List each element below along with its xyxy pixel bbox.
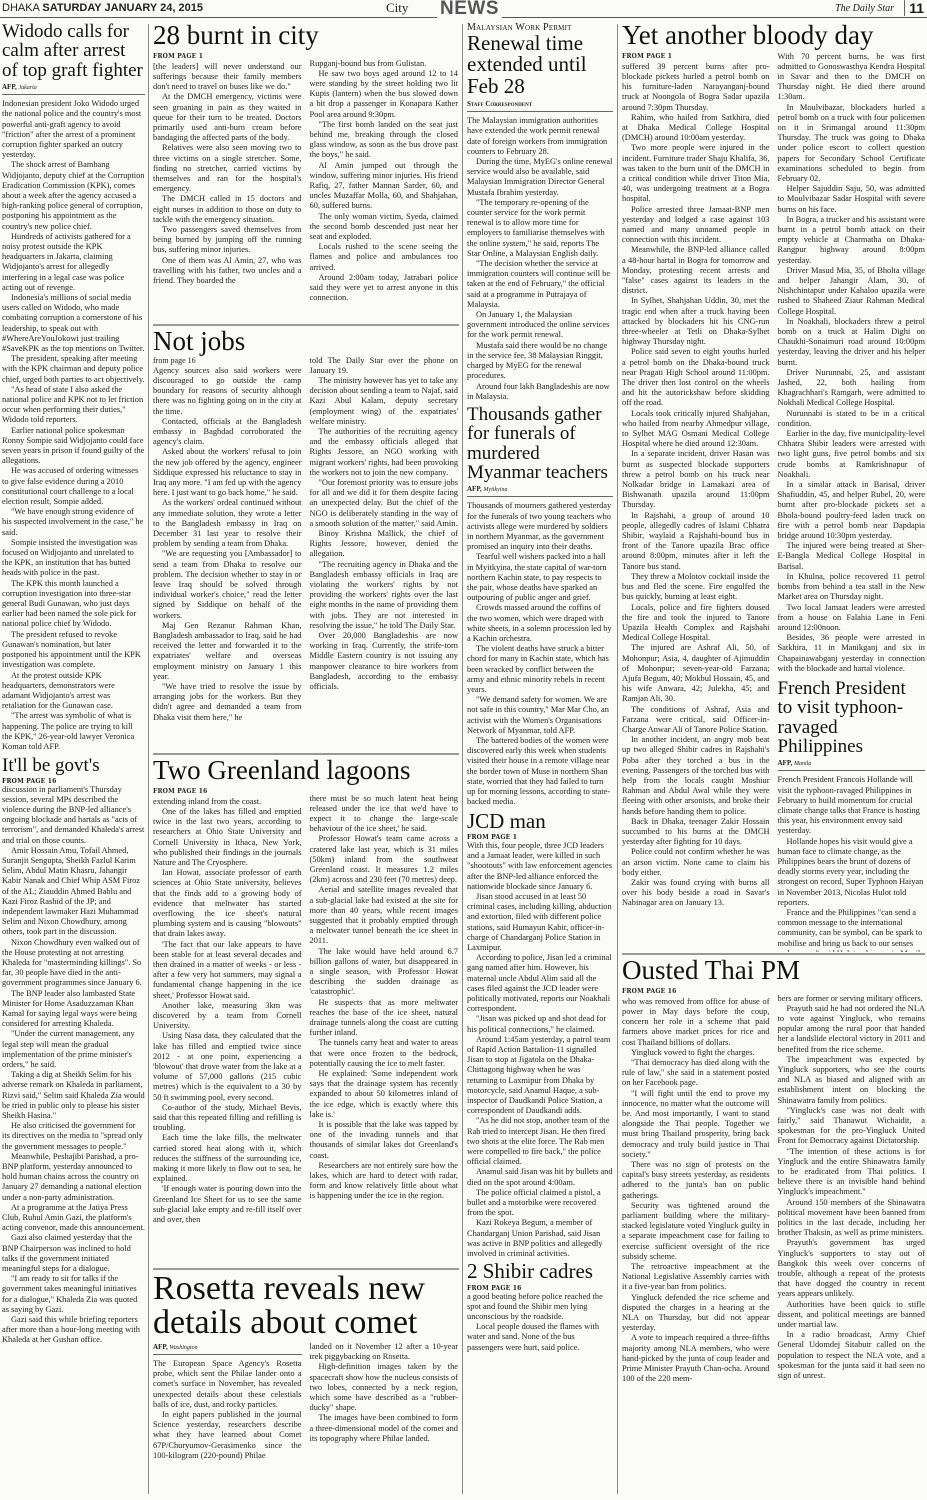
headline: Not jobs xyxy=(153,328,458,356)
paragraph: Hollande hopes his visit would give a hu… xyxy=(778,837,926,908)
paragraph: He was accused of ordering witnesses to … xyxy=(2,466,145,507)
article-body: Thousands of mourners gathered yesterday… xyxy=(467,501,613,807)
paragraph: Driver Nurunnabi, 25, and assistant Jash… xyxy=(778,368,926,409)
paragraph: Hundreds of activists gathered for a noi… xyxy=(2,232,145,293)
headline: 2 Shibir cadres xyxy=(467,1261,613,1282)
article-body-col1: AFP, Washington The European Space Agenc… xyxy=(153,1340,302,1461)
article-rosetta: Rosetta reveals new details about comet … xyxy=(153,1272,458,1500)
article-body-col2: Rupganj-bound bus from Gulistan. He saw … xyxy=(310,50,459,304)
paragraph: Maj Gen Rezanur Rahman Khan, Bangladesh … xyxy=(153,621,302,682)
byline: AFP, Myitkyina xyxy=(467,485,613,497)
paragraph: In Moulvibazar, blockaders hurled a petr… xyxy=(778,103,926,185)
paragraph: landed on it November 12 after a 10-year… xyxy=(310,1342,459,1362)
paragraph: Agency sources also said workers were di… xyxy=(153,366,302,417)
paragraph: Earlier national police spokesman Ronny … xyxy=(2,426,145,467)
paragraph: "I will fight until the end to prove my … xyxy=(622,1089,770,1160)
paragraph: Asked about the workers' refusal to join… xyxy=(153,447,302,498)
article-body: Indonesian president Joko Widodo urged t… xyxy=(2,99,145,752)
headline: 28 burnt in city xyxy=(153,22,458,50)
headline: Rosetta reveals new details about comet xyxy=(153,1272,458,1340)
article-bloody-day: Yet another bloody day FROM PAGE 1 suffe… xyxy=(622,22,925,952)
column-4: Malaysian Work Permit Renewal time exten… xyxy=(467,22,613,1500)
paragraph: "I am ready to sit for talks if the gove… xyxy=(2,1274,145,1315)
paragraph: At the protest outside KPK headquarters,… xyxy=(2,671,145,712)
from-page: FROM PAGE 1 xyxy=(467,834,613,841)
paragraph: "We have enough strong evidence of his s… xyxy=(2,507,145,538)
paragraph: He explained: 'Some independent work say… xyxy=(310,1069,459,1120)
paragraph: One of the lakes has filled and emptied … xyxy=(153,807,302,868)
paragraph: In eight papers published in the journal… xyxy=(153,1410,302,1461)
headline: Ousted Thai PM xyxy=(622,957,925,985)
paragraph: The president, speaking after meeting wi… xyxy=(2,354,145,385)
paragraph: Nixon Chowdhury even walked out of the H… xyxy=(2,938,145,989)
from-page: FROM PAGE 16 xyxy=(467,1285,613,1292)
article-greenland: Two Greenland lagoons FROM PAGE 16 exten… xyxy=(153,757,458,1267)
paragraph: Police said seven to eight youths hurled… xyxy=(622,347,770,408)
paragraph: With this, four people, three JCD leader… xyxy=(467,841,613,892)
paragraph: Mustafa said there would be no change in… xyxy=(467,341,613,382)
paragraph: Two passengers saved themselves from bei… xyxy=(153,225,302,256)
paragraph: Gazi also claimed yesterday that the BNP… xyxy=(2,1233,145,1274)
paragraph: Besides, 36 people were arrested in Satk… xyxy=(778,633,926,674)
paragraph: The DMCH called in 15 doctors and eight … xyxy=(153,194,302,225)
byline: AFP, Manila xyxy=(778,759,926,771)
headline: Widodo calls for calm after arrest of to… xyxy=(2,22,145,80)
paragraph: As the workers' ordeal continued without… xyxy=(153,498,302,549)
paragraph: there must be so much latent heat being … xyxy=(310,794,459,835)
paragraph: Two more people were injured in the inci… xyxy=(622,143,770,204)
city-label: DHAKA xyxy=(2,2,39,14)
paragraph: Gazi said this while briefing reporters … xyxy=(2,1315,145,1346)
paragraph: The police official claimed a pistol, a … xyxy=(467,1188,613,1219)
paragraph: Nurunnabi is stated to be in a critical … xyxy=(778,409,926,429)
headline: It'll be govt's xyxy=(2,756,145,775)
byline: AFP, Jakarta xyxy=(2,83,145,95)
section-title: NEWS xyxy=(437,0,502,20)
paragraph: The Malaysian immigration authorities ha… xyxy=(467,116,613,157)
paragraph: Al Amin jumped out through the window, s… xyxy=(310,161,459,212)
paragraph: Indonesia's millions of social media use… xyxy=(2,293,145,354)
column-rule xyxy=(617,24,618,1494)
paragraph: The impeachment was expected by Yingluck… xyxy=(778,1055,926,1106)
paragraph: suffered 39 percent burns after pro-bloc… xyxy=(622,62,770,113)
paragraph: a good beating before police reached the… xyxy=(467,1292,613,1323)
paragraph: Each time the lake fills, the meltwater … xyxy=(153,1133,302,1184)
article-shibir: 2 Shibir cadres FROM PAGE 16 a good beat… xyxy=(467,1261,613,1353)
paragraph: Amir Hossain Amu, Tofail Ahmed, Suranjit… xyxy=(2,846,145,938)
paragraph: The violent deaths have struck a bitter … xyxy=(467,644,613,695)
paragraph: Jisan stood accused in at least 50 crimi… xyxy=(467,892,613,953)
paragraph: Around 1:45am yesterday, a patrol team o… xyxy=(467,1035,613,1117)
article-body-col2: landed on it November 12 after a 10-year… xyxy=(310,1340,459,1461)
paragraph: Contacted, officials at the Bangladesh e… xyxy=(153,417,302,448)
paragraph: Around four lakh Bangladeshis are now in… xyxy=(467,382,613,402)
paragraph: The injured are Ashraf Ali, 50, of Mohon… xyxy=(622,643,770,704)
from-page: FROM PAGE 1 xyxy=(622,52,770,62)
paragraph: In a separate incident, driver Hasan was… xyxy=(622,449,770,510)
paragraph: Police could not confirm whether he was … xyxy=(622,847,770,878)
paragraph: Ian Howat, associate professor of earth … xyxy=(153,868,302,939)
paragraph: Prayuth said he had not ordered the NLA … xyxy=(778,1004,926,1055)
paragraph: "The temporary re-opening of the counter… xyxy=(467,198,613,259)
article-body-col2: told The Daily Star over the phone on Ja… xyxy=(310,356,459,723)
headline: French President to visit typhoon-ravage… xyxy=(778,679,926,757)
paragraph: "The arrest was symbolic of what is happ… xyxy=(2,711,145,752)
paragraph: France and the Philippines "can send a c… xyxy=(778,908,926,952)
paragraph: Prayuth's government has urged Yingluck'… xyxy=(778,1238,926,1299)
paragraph: Locals, police and fire fighters doused … xyxy=(622,603,770,644)
paragraph: Zakir was found crying with burns all ov… xyxy=(622,878,770,909)
paragraph: The president refused to revoke Gunawan'… xyxy=(2,630,145,671)
paragraph: 'If enough water is pouring down into th… xyxy=(153,1184,302,1225)
paragraph: "Our foremost priority was to ensure job… xyxy=(310,478,459,529)
paragraph: The only woman victim, Syeda, claimed th… xyxy=(310,212,459,243)
paragraph: Around 2:00am today, Jatrabari police sa… xyxy=(310,273,459,304)
article-body-col2: bers are former or serving military offi… xyxy=(778,985,926,1385)
byline: Staff Correspondent xyxy=(467,100,613,112)
paragraph: Indonesian president Joko Widodo urged t… xyxy=(2,99,145,160)
paragraph: Driver Masud Mia, 35, of Bholta village … xyxy=(778,266,926,317)
paragraph: Authorities have been quick to stifle di… xyxy=(778,1300,926,1331)
article-burnt: 28 burnt in city FROM PAGE 1 [the leader… xyxy=(153,22,458,327)
paragraph: Using Nasa data, they calculated that th… xyxy=(153,1031,302,1102)
paragraph: 'The fact that our lake appears to have … xyxy=(153,940,302,1001)
paragraph: High-definition images taken by the spac… xyxy=(310,1362,459,1413)
from-page: FROM PAGE 1 xyxy=(153,52,302,62)
paragraph: told The Daily Star over the phone on Ja… xyxy=(310,356,459,376)
byline-agency: AFP, xyxy=(778,759,793,767)
paragraph: The ministry however has yet to take any… xyxy=(310,376,459,427)
article-body-col1: FROM PAGE 16 extending inland from the c… xyxy=(153,785,302,1226)
brand-logo: The Daily Star xyxy=(832,3,894,14)
headline: JCD man xyxy=(467,811,613,832)
page-number: 11 xyxy=(904,0,924,16)
paragraph: The conditions of Ashraf, Asia and Farza… xyxy=(622,705,770,736)
paragraph: Security was tightened around the parlia… xyxy=(622,1201,770,1262)
article-body-col1: FROM PAGE 1 suffered 39 percent burns af… xyxy=(622,50,770,952)
paragraph: There was no sign of protests on the cap… xyxy=(622,1160,770,1201)
paragraph: Local people doused the flames with wate… xyxy=(467,1322,613,1353)
paragraph: The lake would have held around 6.7 bill… xyxy=(310,947,459,998)
paragraph: It is possible that the lake was tapped … xyxy=(310,1120,459,1161)
paragraph: During the time, MyEG's online renewal s… xyxy=(467,157,613,198)
paragraph: Locals rushed to the scene seeing the fl… xyxy=(310,242,459,273)
paragraph: Meanwhile, Peshajibi Parishad, a pro-BNP… xyxy=(2,1152,145,1203)
byline-place: Jakarta xyxy=(18,85,36,91)
paragraph: In a similar attack in Barisal, driver S… xyxy=(778,480,926,541)
section-divider xyxy=(153,324,459,326)
paragraph: "Yingluck's case was not dealt with fair… xyxy=(778,1106,926,1147)
paragraph: The images have been combined to form a … xyxy=(310,1413,459,1444)
paragraph: "The first bomb landed on the seat just … xyxy=(310,120,459,161)
date: SATURDAY JANUARY 24, 2015 xyxy=(42,2,203,14)
article-jcd: JCD man FROM PAGE 1 With this, four peop… xyxy=(467,811,613,1260)
byline-agency: AFP, xyxy=(2,83,17,91)
article-body-col1: FROM PAGE 1 [the leaders] will never und… xyxy=(153,50,302,304)
paragraph: "Under the current management, any legal… xyxy=(2,1029,145,1070)
paragraph: "As he did not stop, another team of the… xyxy=(467,1116,613,1167)
paragraph: Police arrested three Jamaat-BNP men yes… xyxy=(622,205,770,246)
paragraph: In Noakhali, blockaders threw a petrol b… xyxy=(778,317,926,368)
paragraph: According to police, Jisan led a crimina… xyxy=(467,953,613,1014)
paragraph: [the leaders] will never understand our … xyxy=(153,62,302,93)
paragraph: The shock arrest of Bambang Widjojanto, … xyxy=(2,160,145,231)
headline: Two Greenland lagoons xyxy=(153,757,458,785)
paragraph: Relatives were also seen moving two to t… xyxy=(153,143,302,194)
paragraph: "The intention of these actions is for Y… xyxy=(778,1147,926,1198)
paragraph: In Sylhet, Shahjahan Uddin, 30, met the … xyxy=(622,296,770,347)
paragraph: He saw two boys aged around 12 to 14 wer… xyxy=(310,69,459,120)
paragraph: The injured were being treated at Sher-E… xyxy=(778,541,926,572)
masthead: DHAKA SATURDAY JANUARY 24, 2015 City NEW… xyxy=(0,0,927,20)
paragraph: Earlier in the day, five municipality-le… xyxy=(778,429,926,480)
paragraph: Professor Howat's team came across a cra… xyxy=(310,834,459,885)
byline-agency: AFP, xyxy=(467,485,482,493)
article-thai-pm: Ousted Thai PM FROM PAGE 16 who was remo… xyxy=(622,957,925,1500)
section-label: City xyxy=(383,0,411,16)
headline: Renewal time extended until Feb 28 xyxy=(467,33,613,97)
section-divider xyxy=(153,753,459,755)
paragraph: The retroactive impeachment at the Natio… xyxy=(622,1262,770,1293)
paragraph: In another incident, an angry mob beat u… xyxy=(622,735,770,817)
article-body: a good beating before police reached the… xyxy=(467,1292,613,1353)
paragraph: "The recruiting agency in Dhaka and the … xyxy=(310,560,459,631)
column-1: Widodo calls for calm after arrest of to… xyxy=(2,22,145,1500)
paragraph: Helper Sajuddin Saju, 50, was admitted t… xyxy=(778,184,926,215)
paragraph: French President Francois Hollande will … xyxy=(778,775,926,836)
article-body-col1: FROM PAGE 16 who was removed from office… xyxy=(622,985,770,1385)
paragraph: Yingluck defended the rice scheme and di… xyxy=(622,1293,770,1334)
paragraph: bers are former or serving military offi… xyxy=(778,994,926,1004)
paragraph: The battered bodies of the women were di… xyxy=(467,736,613,807)
from-page: from page 16 xyxy=(153,356,302,366)
paragraph: In Bogra, a trucker and his assistant we… xyxy=(778,215,926,266)
article-body-col2: there must be so much latent heat being … xyxy=(310,785,459,1226)
paragraph: A vote to impeach required a three-fifth… xyxy=(622,1333,770,1384)
paragraph: Around 150 members of the Shinawatra pol… xyxy=(778,1198,926,1239)
paragraph: Meanwhile, the BNP-led alliance called a… xyxy=(622,245,770,296)
paragraph: One of them was Al Amin, 27, who was tra… xyxy=(153,256,302,287)
byline-place: Myitkyina xyxy=(483,487,507,493)
from-page: FROM PAGE 16 xyxy=(2,778,145,785)
article-french-president: French President to visit typhoon-ravage… xyxy=(778,679,926,952)
paragraph: Kazi Rokeya Begum, a member of Chandarga… xyxy=(467,1218,613,1259)
paragraph: Aerial and satellite images revealed tha… xyxy=(310,885,459,946)
dateline: DHAKA SATURDAY JANUARY 24, 2015 xyxy=(2,2,206,14)
paragraph: discussion in parliament's Thursday sess… xyxy=(2,785,145,846)
paragraph: Over 20,000 Bangladeshis are now working… xyxy=(310,631,459,692)
paragraph: extending inland from the coast. xyxy=(153,797,302,807)
headline: Thousands gather for funerals of murdere… xyxy=(467,405,613,483)
paragraph: Binoy Krishna Mallick, the chief of Righ… xyxy=(310,529,459,560)
paragraph: Sompie insisted the investigation was fo… xyxy=(2,538,145,579)
section-divider xyxy=(153,1268,459,1270)
paragraph: With 70 percent burns, he was first admi… xyxy=(778,52,926,103)
column-rule xyxy=(462,24,463,1494)
paragraph: Crowds massed around the coffins of the … xyxy=(467,603,613,644)
paragraph: They threw a Molotov cocktail inside the… xyxy=(622,572,770,603)
paragraph: Two local Jamaat leaders were arrested f… xyxy=(778,603,926,634)
paragraph: "We demand safety for women. We are not … xyxy=(467,695,613,736)
paragraph: Yingluck vowed to fight the charges. xyxy=(622,1048,770,1058)
paragraph: At a programme at the Jatiya Press Club,… xyxy=(2,1203,145,1234)
paragraph: The European Space Agency's Rosetta prob… xyxy=(153,1359,302,1410)
article-body: With this, four people, three JCD leader… xyxy=(467,841,613,1259)
paragraph: "We have tried to resolve the issue by a… xyxy=(153,682,302,723)
paragraph: Another lake, measuring 3km was discover… xyxy=(153,1001,302,1032)
paragraph: Researchers are not entirely sure how th… xyxy=(310,1161,459,1202)
paragraph: The tunnels carry heat and water to area… xyxy=(310,1038,459,1069)
paragraph: "We are requesting you [Ambassador] to s… xyxy=(153,549,302,620)
byline: AFP, Washington xyxy=(153,1343,302,1355)
article-body: The Malaysian immigration authorities ha… xyxy=(467,116,613,402)
paragraph: "Jisan was picked up and shot dead for h… xyxy=(467,1014,613,1034)
headline: Yet another bloody day xyxy=(622,22,925,50)
paragraph: The BNP leader also lambasted State Mini… xyxy=(2,989,145,1030)
byline-place: Manila xyxy=(794,761,811,767)
paragraph: In Khulna, police recovered 11 petrol bo… xyxy=(778,572,926,603)
paragraph: The KPK this month launched a corruption… xyxy=(2,579,145,630)
paragraph: He also criticised the government for it… xyxy=(2,1121,145,1152)
column-rule xyxy=(148,24,149,1494)
paragraph: In a radio broadcast, Army Chief General… xyxy=(778,1330,926,1381)
byline-agency: AFP, xyxy=(153,1343,168,1351)
paragraph: "As head of state I also asked the natio… xyxy=(2,385,145,426)
paragraph: Taking a dig at Sheikh Selim for his adv… xyxy=(2,1070,145,1121)
paragraph: He suspects that as more meltwater reach… xyxy=(310,998,459,1039)
article-body-col2: With 70 percent burns, he was first admi… xyxy=(778,50,926,952)
article-not-jobs: Not jobs from page 16 Agency sources als… xyxy=(153,328,458,758)
from-page: FROM PAGE 16 xyxy=(153,787,302,797)
paragraph: Tearful well wishers packed into a hall … xyxy=(467,552,613,603)
byline-place: Washington xyxy=(169,1345,197,1351)
paragraph: The authorities of the recruiting agency… xyxy=(310,427,459,478)
article-myanmar: Thousands gather for funerals of murdere… xyxy=(467,405,613,808)
paragraph: "Thai democracy has died along with the … xyxy=(622,1058,770,1089)
from-page: FROM PAGE 16 xyxy=(622,987,770,997)
paragraph: Locals took critically injured Shahjahan… xyxy=(622,409,770,450)
paragraph: Anamul said Jisan was hit by bullets and… xyxy=(467,1167,613,1187)
paragraph: Thousands of mourners gathered yesterday… xyxy=(467,501,613,552)
paragraph: Rupganj-bound bus from Gulistan. xyxy=(310,59,459,69)
paragraph: At the DMCH emergency, victims were seen… xyxy=(153,92,302,143)
article-body-col1: from page 16 Agency sources also said wo… xyxy=(153,356,302,723)
paragraph: who was removed from office for abuse of… xyxy=(622,997,770,1048)
article-body: discussion in parliament's Thursday sess… xyxy=(2,785,145,1346)
section-divider xyxy=(622,953,925,955)
paragraph: In Rajshahi, a group of around 10 people… xyxy=(622,511,770,572)
article-malaysia: Malaysian Work Permit Renewal time exten… xyxy=(467,22,613,402)
paragraph: Rahim, who hailed from Satkhira, died at… xyxy=(622,113,770,144)
paragraph: On January 1, the Malaysian government i… xyxy=(467,310,613,341)
article-govts: It'll be govt's FROM PAGE 16 discussion … xyxy=(2,756,145,1346)
article-widodo: Widodo calls for calm after arrest of to… xyxy=(2,22,145,752)
paragraph: "The decision whether the service at imm… xyxy=(467,259,613,310)
paragraph: Back in Dhaka, teenager Zakir Hossain su… xyxy=(622,817,770,848)
article-body: French President Francois Hollande will … xyxy=(778,775,926,952)
paragraph: Co-author of the study, Michael Bevis, s… xyxy=(153,1103,302,1134)
